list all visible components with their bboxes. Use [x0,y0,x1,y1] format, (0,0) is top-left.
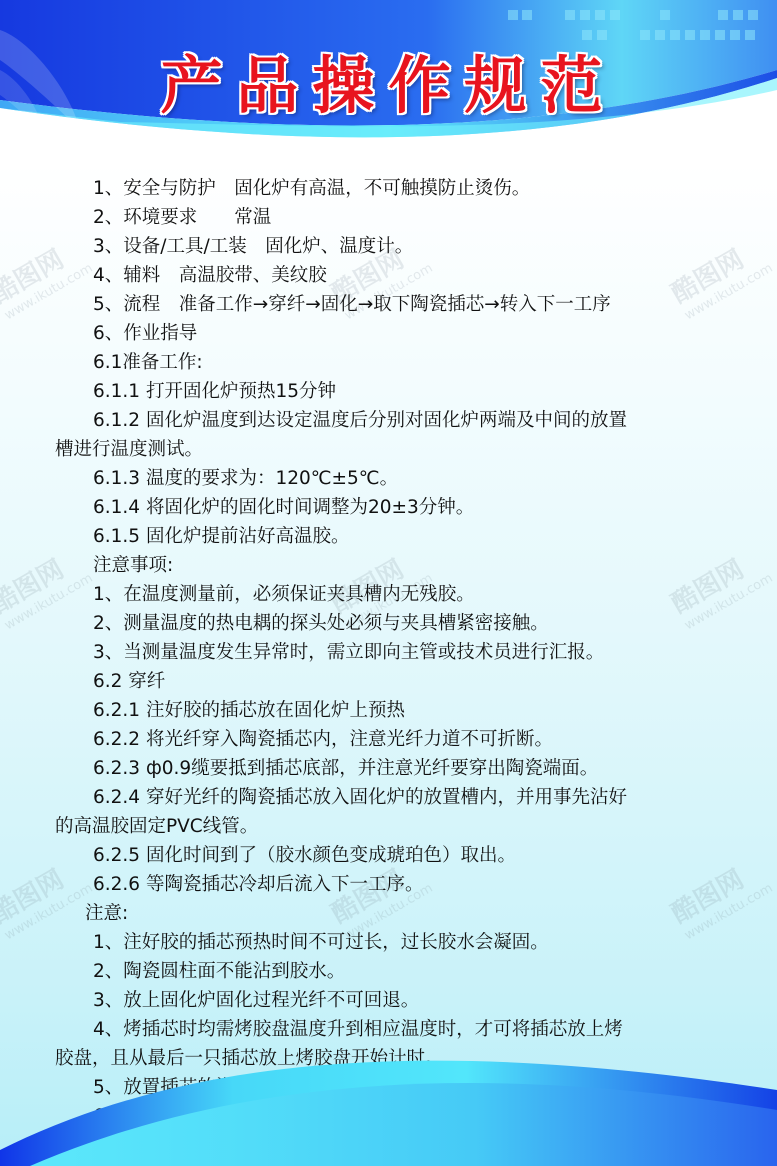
item-process-flow: 5、流程 准备工作→穿纤→固化→取下陶瓷插芯→转入下一工序 [55,290,735,319]
caution-3: 3、放上固化炉固化过程光纤不可回退。 [55,986,735,1015]
procedure-body: 1、安全与防护 固化炉有高温，不可触摸防止烫伤。 2、环境要求 常温 3、设备/… [55,174,735,1131]
subsection-preparation: 6.1准备工作: [55,348,735,377]
item-work-guide: 6、作业指导 [55,319,735,348]
item-equipment: 3、设备/工具/工装 固化炉、温度计。 [55,232,735,261]
note-3: 3、当测量温度发生异常时，需立即向主管或技术员进行汇报。 [55,638,735,667]
item-materials: 4、辅料 高温胶带、美纹胶 [55,261,735,290]
step-6-1-2-cont: 槽进行温度测试。 [55,435,735,464]
step-6-2-3: 6.2.3 ф0.9缆要抵到插芯底部，并注意光纤要穿出陶瓷端面。 [55,754,735,783]
note-2: 2、测量温度的热电耦的探头处必须与夹具槽紧密接触。 [55,609,735,638]
step-6-2-4-cont: 的高温胶固定PVC线管。 [55,812,735,841]
step-6-1-3: 6.1.3 温度的要求为：120℃±5℃。 [55,464,735,493]
step-6-1-4: 6.1.4 将固化炉的固化时间调整为20±3分钟。 [55,493,735,522]
step-6-1-1: 6.1.1 打开固化炉预热15分钟 [55,377,735,406]
poster-title: 产品操作规范 [0,36,777,125]
caution-heading: 注意: [55,899,735,928]
subsection-fiber-threading: 6.2 穿纤 [55,667,735,696]
step-6-1-5: 6.1.5 固化炉提前沾好高温胶。 [55,522,735,551]
step-6-2-5: 6.2.5 固化时间到了（胶水颜色变成琥珀色）取出。 [55,841,735,870]
step-6-2-2: 6.2.2 将光纤穿入陶瓷插芯内，注意光纤力道不可折断。 [55,725,735,754]
note-1: 1、在温度测量前，必须保证夹具槽内无残胶。 [55,580,735,609]
footer-wave [0,1040,777,1166]
step-6-1-2: 6.1.2 固化炉温度到达设定温度后分别对固化炉两端及中间的放置 [55,406,735,435]
step-6-2-1: 6.2.1 注好胶的插芯放在固化炉上预热 [55,696,735,725]
item-environment: 2、环境要求 常温 [55,203,735,232]
footer-wave-graphic [0,1040,777,1166]
step-6-2-6: 6.2.6 等陶瓷插芯冷却后流入下一工序。 [55,870,735,899]
caution-2: 2、陶瓷圆柱面不能沾到胶水。 [55,957,735,986]
step-6-2-4: 6.2.4 穿好光纤的陶瓷插芯放入固化炉的放置槽内，并用事先沾好 [55,783,735,812]
notes-heading: 注意事项: [55,551,735,580]
header-banner: 产品操作规范 [0,0,777,140]
item-safety: 1、安全与防护 固化炉有高温，不可触摸防止烫伤。 [55,174,735,203]
caution-1: 1、注好胶的插芯预热时间不可过长，过长胶水会凝固。 [55,928,735,957]
